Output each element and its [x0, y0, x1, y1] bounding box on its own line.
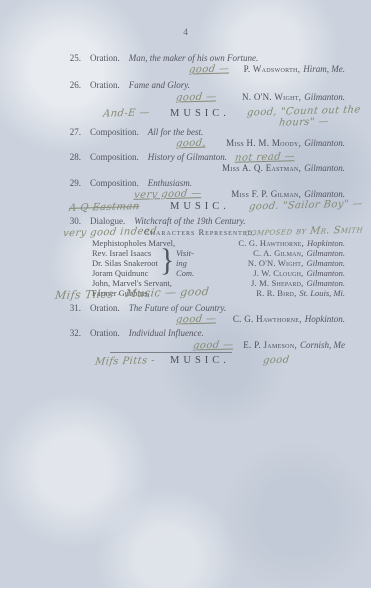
- item-number: 25.: [55, 53, 81, 64]
- brace-label: Visit-: [176, 248, 194, 258]
- performer-name: Miss F. P. Gilman,: [231, 189, 301, 199]
- character-name: Dr. Silas Snakeroot: [92, 258, 158, 268]
- handwritten-grade: good —: [175, 91, 217, 103]
- handwritten-line: Mifs Tiles - Music — good: [55, 288, 345, 300]
- program-item-27: 27.Composition.All for the best.: [55, 127, 345, 138]
- actor-place: Gilmanton.: [307, 258, 346, 268]
- item-kind: Composition.: [90, 178, 139, 188]
- music-label: MUSIC.: [170, 201, 230, 212]
- item-title: The Future of our Country.: [129, 303, 226, 313]
- actor-place: Gilmanton.: [307, 268, 346, 278]
- actor-cell: N. O'N. Wight,Gilmanton.: [248, 258, 345, 268]
- actor-cell: C. A. Gilman,Gilmanton.: [253, 248, 345, 258]
- character-row: Mephistopholes Marvel, C. G. Hawthorne,H…: [92, 238, 345, 248]
- actor-cell: J. W. Clough,Gilmanton.: [253, 268, 345, 278]
- character-name: Rev. Israel Isaacs: [92, 248, 151, 258]
- item-number: 30.: [55, 216, 81, 227]
- actor-place: Gilmanton.: [307, 278, 346, 288]
- performer-line-28: Miss A. Q. Eastman,Gilmanton.: [55, 163, 345, 174]
- performer-place: Hiram, Me.: [303, 64, 345, 74]
- character-row: Rev. Israel Isaacs Visit- C. A. Gilman,G…: [92, 248, 345, 258]
- actor-place: Hopkinton.: [307, 238, 345, 248]
- program-item-31: 31.Oration.The Future of our Country.: [55, 303, 345, 314]
- handwritten-note: A Q Eastman: [68, 201, 140, 214]
- handwritten-grade: good —: [189, 63, 231, 75]
- handwritten-grade: good,: [175, 138, 206, 150]
- music-heading-2: A Q Eastman MUSIC. good. "Sailor Boy" —: [55, 201, 345, 212]
- performer-place: Hopkinton.: [305, 314, 345, 324]
- item-title: Witchcraft of the 19th Century.: [134, 216, 245, 226]
- actor-cell: J. M. Shepard,Gilmanton.: [251, 278, 345, 288]
- handwritten-note: Mifs Tiles - Music — good: [54, 286, 209, 301]
- actor-cell: C. G. Hawthorne,Hopkinton.: [238, 238, 345, 248]
- performer-place: Gilmanton.: [304, 163, 345, 173]
- characters-header: Characters Represented. composed by Mr. …: [55, 227, 345, 238]
- music-label: MUSIC.: [170, 355, 230, 366]
- music-heading-1: And-E — MUSIC. good, "Count out the hour…: [55, 108, 345, 119]
- handwritten-grade: good —: [192, 339, 234, 351]
- handwritten-rule: [110, 352, 232, 353]
- performer-place: Gilmanton.: [304, 138, 345, 148]
- handwritten-grade: not read —: [234, 151, 295, 164]
- character-row: Dr. Silas Snakeroot ing N. O'N. Wight,Gi…: [92, 258, 345, 268]
- character-name: Mephistopholes Marvel,: [92, 238, 175, 248]
- performer-line-32: good —E. P. Jameson,Cornish, Me: [55, 340, 345, 351]
- item-kind: Dialogue.: [90, 216, 125, 226]
- item-kind: Oration.: [90, 80, 120, 90]
- item-title: All for the best.: [148, 127, 204, 137]
- item-number: 29.: [55, 178, 81, 189]
- program-item-25: 25.Oration.Man, the maker of his own For…: [55, 53, 345, 64]
- scan-background: 4 25.Oration.Man, the maker of his own F…: [0, 0, 371, 600]
- program-item-28: 28.Composition.History of Gilmanton.not …: [55, 152, 345, 163]
- item-kind: Oration.: [90, 328, 120, 338]
- actor-name: J. M. Shepard,: [251, 278, 303, 288]
- program-item-32: 32.Oration.Individual Influence.: [55, 328, 345, 339]
- performer-line-25: good —P. Wadsworth,Hiram, Me.: [55, 64, 345, 75]
- handwritten-note: good. "Sailor Boy" —: [248, 198, 363, 212]
- actor-name: C. G. Hawthorne,: [238, 238, 304, 248]
- item-title: Individual Influence.: [129, 328, 204, 338]
- actor-name: C. A. Gilman,: [253, 248, 303, 258]
- item-kind: Composition.: [90, 127, 139, 137]
- actor-place: Gilmanton.: [307, 248, 346, 258]
- handwritten-note: Mifs Pitts -: [94, 355, 155, 368]
- performer-place: Cornish, Me: [300, 340, 345, 350]
- character-row: Joram Quidnunc Com. J. W. Clough,Gilmant…: [92, 268, 345, 278]
- characters-header-label: Characters Represented.: [144, 227, 256, 237]
- performer-name: Miss H. M. Moody,: [226, 138, 301, 148]
- performer-place: Gilmanton.: [304, 92, 345, 102]
- item-number: 28.: [55, 152, 81, 163]
- handwritten-grade: very good —: [133, 188, 202, 201]
- music-label: MUSIC.: [170, 108, 230, 119]
- handwritten-note: good: [262, 355, 290, 367]
- item-number: 32.: [55, 328, 81, 339]
- program-item-26: 26.Oration.Fame and Glory.: [55, 80, 345, 91]
- page-number: 4: [0, 27, 371, 38]
- performer-line-26: good —N. O'N. Wight,Gilmanton.: [55, 92, 345, 103]
- actor-name: N. O'N. Wight,: [248, 258, 304, 268]
- item-kind: Composition.: [90, 152, 139, 162]
- performer-name: C. G. Hawthorne,: [233, 314, 302, 324]
- performer-name: Miss A. Q. Eastman,: [222, 163, 301, 173]
- item-kind: Oration.: [90, 53, 120, 63]
- item-title: Enthusiasm.: [148, 178, 192, 188]
- handwritten-grade: good —: [176, 313, 218, 325]
- character-name: Joram Quidnunc: [92, 268, 148, 278]
- performer-line-27: good,Miss H. M. Moody,Gilmanton.: [55, 138, 345, 149]
- item-title: Man, the maker of his own Fortune.: [129, 53, 259, 63]
- handwritten-note: And-E —: [102, 107, 150, 119]
- item-title: History of Gilmanton.: [148, 152, 227, 162]
- item-number: 31.: [55, 303, 81, 314]
- item-kind: Oration.: [90, 303, 120, 313]
- performer-name: N. O'N. Wight,: [242, 92, 301, 102]
- brace-label: Com.: [176, 268, 194, 278]
- handwritten-note: composed by Mr. Smith: [244, 224, 363, 238]
- actor-name: J. W. Clough,: [253, 268, 303, 278]
- performer-line-29: very good —Miss F. P. Gilman,Gilmanton.: [55, 189, 345, 200]
- item-number: 27.: [55, 127, 81, 138]
- item-number: 26.: [55, 80, 81, 91]
- performer-line-31: good —C. G. Hawthorne,Hopkinton.: [55, 314, 345, 325]
- performer-place: Gilmanton.: [304, 189, 345, 199]
- brace-label: ing: [176, 258, 187, 268]
- performer-name: E. P. Jameson,: [243, 340, 297, 350]
- document-page: 4 25.Oration.Man, the maker of his own F…: [0, 0, 371, 588]
- performer-name: P. Wadsworth,: [244, 64, 301, 74]
- item-title: Fame and Glory.: [129, 80, 190, 90]
- music-heading-3: Mifs Pitts - MUSIC. good: [55, 355, 345, 366]
